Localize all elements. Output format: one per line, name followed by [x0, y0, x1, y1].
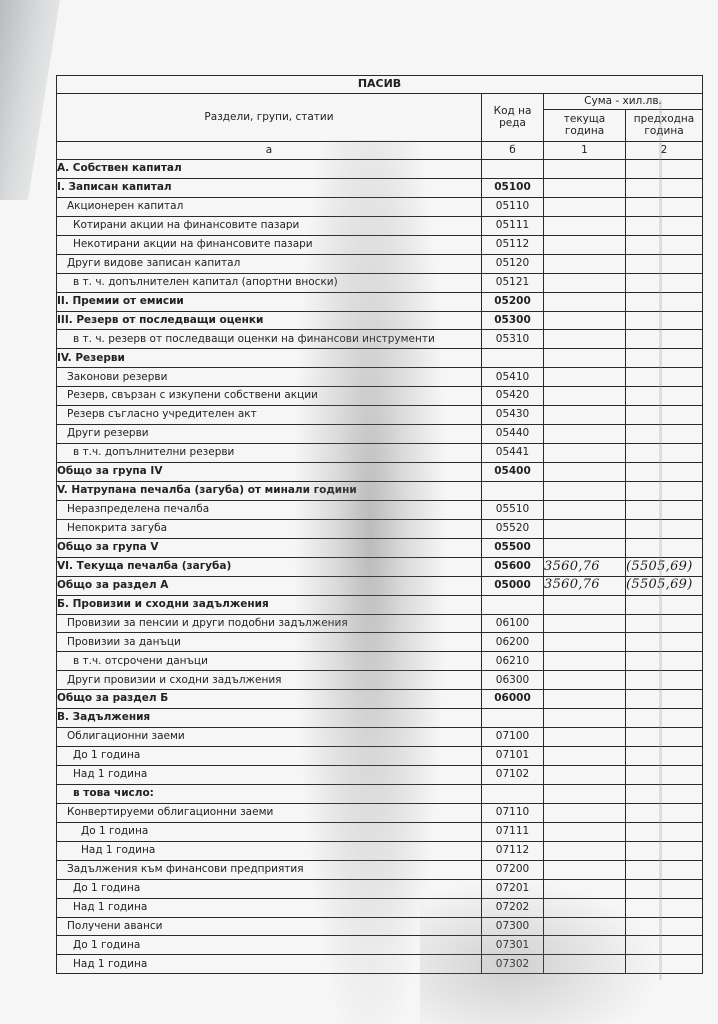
- previous-year-value: [626, 595, 703, 614]
- current-year-value: [544, 330, 626, 349]
- row-code: 05120: [482, 254, 544, 273]
- previous-year-value: [626, 860, 703, 879]
- table-row: Провизии за данъци06200: [57, 633, 703, 652]
- row-label: Неразпределена печалба: [57, 500, 482, 519]
- row-label: в т.ч. отсрочени данъци: [57, 652, 482, 671]
- row-code: 05520: [482, 519, 544, 538]
- row-code: 07101: [482, 747, 544, 766]
- row-code: 05430: [482, 406, 544, 425]
- current-year-value: [544, 425, 626, 444]
- row-label: IV. Резерви: [57, 349, 482, 368]
- row-label: Котирани акции на финансовите пазари: [57, 216, 482, 235]
- row-code: [482, 595, 544, 614]
- previous-year-value: [626, 879, 703, 898]
- table-row: Над 1 година07112: [57, 841, 703, 860]
- table-row: в т. ч. допълнителен капитал (апортни вн…: [57, 273, 703, 292]
- row-label: В. Задължения: [57, 709, 482, 728]
- table-row: Общо за група V05500: [57, 538, 703, 557]
- current-year-value: [544, 595, 626, 614]
- table-row: в това число:: [57, 784, 703, 803]
- previous-year-value: [626, 178, 703, 197]
- row-label: Други провизии и сходни задължения: [57, 671, 482, 690]
- current-year-value: [544, 860, 626, 879]
- current-year-value: [544, 519, 626, 538]
- current-year-value: [544, 879, 626, 898]
- liabilities-table: ПАСИВ Раздели, групи, статии Код на реда…: [56, 75, 703, 974]
- row-code: [482, 481, 544, 500]
- row-label: Акционерен капитал: [57, 197, 482, 216]
- current-year-value: [544, 292, 626, 311]
- previous-year-value: [626, 387, 703, 406]
- row-code: 05410: [482, 368, 544, 387]
- row-label: До 1 година: [57, 936, 482, 955]
- table-row: До 1 година07101: [57, 747, 703, 766]
- row-label: А. Собствен капитал: [57, 160, 482, 179]
- table-title: ПАСИВ: [57, 76, 703, 94]
- current-year-value: [544, 197, 626, 216]
- previous-year-value: [626, 784, 703, 803]
- row-code: 07200: [482, 860, 544, 879]
- row-code: 07111: [482, 822, 544, 841]
- table-row: Законови резерви05410: [57, 368, 703, 387]
- row-code: 07302: [482, 955, 544, 974]
- table-row: Акционерен капитал05110: [57, 197, 703, 216]
- previous-year-value: [626, 822, 703, 841]
- scanned-page: ПАСИВ Раздели, групи, статии Код на реда…: [0, 0, 718, 1024]
- row-code: [482, 349, 544, 368]
- header-sum: Сума - хил.лв.: [544, 94, 703, 110]
- previous-year-value: [626, 652, 703, 671]
- table-row: в т.ч. отсрочени данъци06210: [57, 652, 703, 671]
- previous-year-value: [626, 538, 703, 557]
- current-year-value: [544, 406, 626, 425]
- current-year-value: [544, 747, 626, 766]
- row-code: 05400: [482, 463, 544, 482]
- table-row: До 1 година07301: [57, 936, 703, 955]
- row-label: Резерв съгласно учредителен акт: [57, 406, 482, 425]
- row-code: 05111: [482, 216, 544, 235]
- table-row: V. Натрупана печалба (загуба) от минали …: [57, 481, 703, 500]
- table-row: Други видове записан капитал05120: [57, 254, 703, 273]
- table-row: II. Премии от емисии05200: [57, 292, 703, 311]
- previous-year-value: [626, 690, 703, 709]
- previous-year-value: [626, 955, 703, 974]
- current-year-value: [544, 822, 626, 841]
- table-row: Други провизии и сходни задължения06300: [57, 671, 703, 690]
- row-code: [482, 709, 544, 728]
- header-current-year: текуща година: [544, 110, 626, 142]
- table-row: Резерв, свързан с изкупени собствени акц…: [57, 387, 703, 406]
- previous-year-value: [626, 463, 703, 482]
- previous-year-value: [626, 368, 703, 387]
- current-year-value: [544, 160, 626, 179]
- table-row: в т.ч. допълнителни резерви05441: [57, 444, 703, 463]
- row-code: 05300: [482, 311, 544, 330]
- current-year-value: [544, 898, 626, 917]
- current-year-value: [544, 368, 626, 387]
- table-row: А. Собствен капитал: [57, 160, 703, 179]
- row-label: Над 1 година: [57, 766, 482, 785]
- row-label: Конвертируеми облигационни заеми: [57, 803, 482, 822]
- previous-year-value: [626, 292, 703, 311]
- previous-year-value: [626, 709, 703, 728]
- current-year-value: [544, 709, 626, 728]
- row-code: 05420: [482, 387, 544, 406]
- row-label: Общо за раздел А: [57, 576, 482, 595]
- row-code: 06000: [482, 690, 544, 709]
- previous-year-value: [626, 481, 703, 500]
- previous-year-value: (5505,69): [626, 576, 703, 595]
- previous-year-value: [626, 841, 703, 860]
- table-row: III. Резерв от последващи оценки05300: [57, 311, 703, 330]
- row-code: 07201: [482, 879, 544, 898]
- table-row: Некотирани акции на финансовите пазари05…: [57, 235, 703, 254]
- table-row: Над 1 година07302: [57, 955, 703, 974]
- previous-year-value: [626, 898, 703, 917]
- table-body: А. Собствен капиталI. Записан капитал051…: [57, 160, 703, 974]
- table-row: Общо за раздел А050003560,76(5505,69): [57, 576, 703, 595]
- current-year-value: [544, 178, 626, 197]
- previous-year-value: [626, 803, 703, 822]
- current-year-value: [544, 235, 626, 254]
- row-label: Други резерви: [57, 425, 482, 444]
- current-year-value: [544, 728, 626, 747]
- current-year-value: 3560,76: [544, 576, 626, 595]
- row-code: 06300: [482, 671, 544, 690]
- row-label: Получени аванси: [57, 917, 482, 936]
- header-previous-year-text: предходна година: [632, 114, 696, 137]
- row-code: 07202: [482, 898, 544, 917]
- current-year-value: [544, 349, 626, 368]
- row-code: 05500: [482, 538, 544, 557]
- previous-year-value: [626, 235, 703, 254]
- previous-year-value: [626, 197, 703, 216]
- row-label: Законови резерви: [57, 368, 482, 387]
- current-year-value: [544, 538, 626, 557]
- previous-year-value: [626, 160, 703, 179]
- row-label: Общо за група IV: [57, 463, 482, 482]
- table-row: Б. Провизии и сходни задължения: [57, 595, 703, 614]
- previous-year-value: [626, 633, 703, 652]
- row-code: 05000: [482, 576, 544, 595]
- current-year-value: [544, 766, 626, 785]
- current-year-value: [544, 216, 626, 235]
- current-year-value: [544, 955, 626, 974]
- previous-year-value: [626, 330, 703, 349]
- table-row: Облигационни заеми07100: [57, 728, 703, 747]
- index-2: 2: [626, 142, 703, 160]
- current-year-value: 3560,76: [544, 557, 626, 576]
- table-row: I. Записан капитал05100: [57, 178, 703, 197]
- table-row: Задължения към финансови предприятия0720…: [57, 860, 703, 879]
- row-label: Общо за раздел Б: [57, 690, 482, 709]
- table-row: Провизии за пенсии и други подобни задъл…: [57, 614, 703, 633]
- row-label: Резерв, свързан с изкупени собствени акц…: [57, 387, 482, 406]
- current-year-value: [544, 917, 626, 936]
- previous-year-value: [626, 406, 703, 425]
- index-1: 1: [544, 142, 626, 160]
- table-row: Над 1 година07202: [57, 898, 703, 917]
- scanner-edge-shadow: [0, 0, 60, 200]
- row-label: в т. ч. допълнителен капитал (апортни вн…: [57, 273, 482, 292]
- row-label: До 1 година: [57, 747, 482, 766]
- table-row: Над 1 година07102: [57, 766, 703, 785]
- previous-year-value: [626, 311, 703, 330]
- row-label: Над 1 година: [57, 841, 482, 860]
- current-year-value: [544, 481, 626, 500]
- row-label: Провизии за данъци: [57, 633, 482, 652]
- index-b: б: [482, 142, 544, 160]
- row-label: Над 1 година: [57, 955, 482, 974]
- table-row: Общо за раздел Б06000: [57, 690, 703, 709]
- row-label: Задължения към финансови предприятия: [57, 860, 482, 879]
- header-previous-year: предходна година: [626, 110, 703, 142]
- table-row: в т. ч. резерв от последващи оценки на ф…: [57, 330, 703, 349]
- previous-year-value: [626, 519, 703, 538]
- row-label: VI. Текуща печалба (загуба): [57, 557, 482, 576]
- table-row: Други резерви05440: [57, 425, 703, 444]
- current-year-value: [544, 841, 626, 860]
- row-code: 07100: [482, 728, 544, 747]
- row-label: До 1 година: [57, 879, 482, 898]
- table-row: Конвертируеми облигационни заеми07110: [57, 803, 703, 822]
- current-year-value: [544, 500, 626, 519]
- previous-year-value: [626, 671, 703, 690]
- current-year-value: [544, 784, 626, 803]
- current-year-value: [544, 273, 626, 292]
- current-year-value: [544, 463, 626, 482]
- row-code: 05121: [482, 273, 544, 292]
- row-label: V. Натрупана печалба (загуба) от минали …: [57, 481, 482, 500]
- previous-year-value: [626, 614, 703, 633]
- current-year-value: [544, 254, 626, 273]
- row-label: II. Премии от емисии: [57, 292, 482, 311]
- row-code: [482, 784, 544, 803]
- row-code: 07300: [482, 917, 544, 936]
- previous-year-value: (5505,69): [626, 557, 703, 576]
- row-code: 07102: [482, 766, 544, 785]
- table-row: До 1 година07201: [57, 879, 703, 898]
- row-label: III. Резерв от последващи оценки: [57, 311, 482, 330]
- row-label: Б. Провизии и сходни задължения: [57, 595, 482, 614]
- current-year-value: [544, 614, 626, 633]
- previous-year-value: [626, 216, 703, 235]
- row-code: 07112: [482, 841, 544, 860]
- row-code: 05600: [482, 557, 544, 576]
- table-row: Получени аванси07300: [57, 917, 703, 936]
- header-current-year-text: текуща година: [560, 114, 610, 137]
- table-row: IV. Резерви: [57, 349, 703, 368]
- row-label: I. Записан капитал: [57, 178, 482, 197]
- current-year-value: [544, 936, 626, 955]
- table-row: VI. Текуща печалба (загуба)056003560,76(…: [57, 557, 703, 576]
- previous-year-value: [626, 444, 703, 463]
- previous-year-value: [626, 254, 703, 273]
- previous-year-value: [626, 747, 703, 766]
- row-code: 05310: [482, 330, 544, 349]
- current-year-value: [544, 311, 626, 330]
- row-label: Непокрита загуба: [57, 519, 482, 538]
- previous-year-value: [626, 728, 703, 747]
- previous-year-value: [626, 766, 703, 785]
- row-label: Други видове записан капитал: [57, 254, 482, 273]
- index-a: а: [57, 142, 482, 160]
- previous-year-value: [626, 500, 703, 519]
- row-label: До 1 година: [57, 822, 482, 841]
- current-year-value: [544, 633, 626, 652]
- previous-year-value: [626, 936, 703, 955]
- table-row: Котирани акции на финансовите пазари0511…: [57, 216, 703, 235]
- table-row: Резерв съгласно учредителен акт05430: [57, 406, 703, 425]
- row-label: Облигационни заеми: [57, 728, 482, 747]
- row-label: Над 1 година: [57, 898, 482, 917]
- current-year-value: [544, 803, 626, 822]
- previous-year-value: [626, 425, 703, 444]
- row-code: 05100: [482, 178, 544, 197]
- previous-year-value: [626, 349, 703, 368]
- row-code: 07110: [482, 803, 544, 822]
- row-code: 07301: [482, 936, 544, 955]
- row-label: Некотирани акции на финансовите пазари: [57, 235, 482, 254]
- row-code: 06200: [482, 633, 544, 652]
- row-code: 05440: [482, 425, 544, 444]
- row-label: в т. ч. резерв от последващи оценки на ф…: [57, 330, 482, 349]
- row-label: в това число:: [57, 784, 482, 803]
- row-code: 05441: [482, 444, 544, 463]
- current-year-value: [544, 444, 626, 463]
- current-year-value: [544, 652, 626, 671]
- row-code: 05112: [482, 235, 544, 254]
- row-label: Провизии за пенсии и други подобни задъл…: [57, 614, 482, 633]
- row-label: Общо за група V: [57, 538, 482, 557]
- row-code: 05110: [482, 197, 544, 216]
- row-code: 06210: [482, 652, 544, 671]
- header-sections: Раздели, групи, статии: [57, 94, 482, 142]
- table-row: Непокрита загуба05520: [57, 519, 703, 538]
- table-row: До 1 година07111: [57, 822, 703, 841]
- row-code: 06100: [482, 614, 544, 633]
- row-label: в т.ч. допълнителни резерви: [57, 444, 482, 463]
- row-code: 05510: [482, 500, 544, 519]
- current-year-value: [544, 671, 626, 690]
- table-row: В. Задължения: [57, 709, 703, 728]
- previous-year-value: [626, 917, 703, 936]
- table-row: Неразпределена печалба05510: [57, 500, 703, 519]
- header-row-code: Код на реда: [482, 94, 544, 142]
- header-row-code-text: Код на реда: [490, 106, 536, 129]
- current-year-value: [544, 690, 626, 709]
- current-year-value: [544, 387, 626, 406]
- table-row: Общо за група IV05400: [57, 463, 703, 482]
- row-code: [482, 160, 544, 179]
- row-code: 05200: [482, 292, 544, 311]
- previous-year-value: [626, 273, 703, 292]
